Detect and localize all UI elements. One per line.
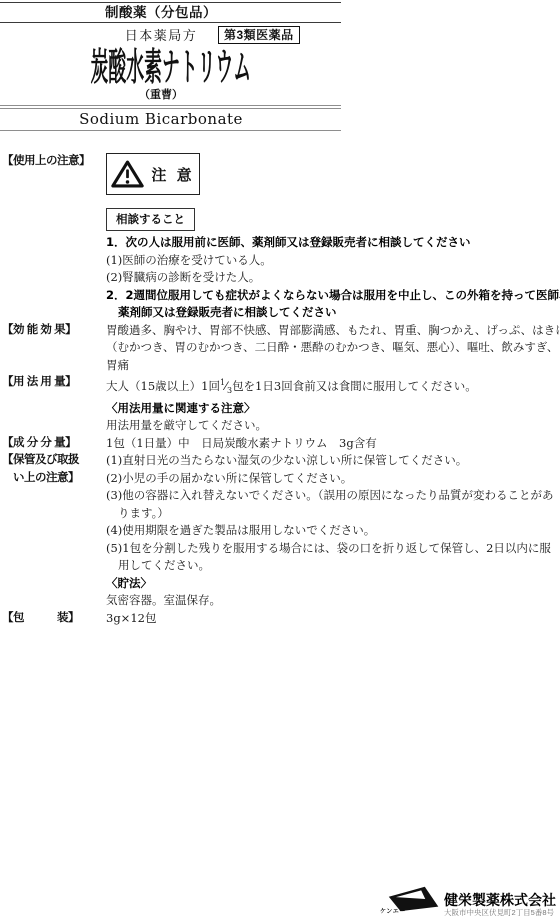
section-label: 【効 能 効 果】 (0, 322, 102, 340)
pharmacopoeia-row: 日本薬局方 第3類医薬品 (0, 23, 341, 47)
text-line: (1)医師の治療を受けている人。 (106, 252, 556, 270)
section-label: 【包 装】 (0, 610, 102, 628)
category-bar: 制酸薬（分包品） (0, 2, 341, 23)
section-label: 【保管及び取扱 い上の注意】 (0, 452, 102, 487)
section-usage-precautions: 【使用上の注意】 注 意 相談すること 1．次の人は服用前に医師、薬剤師又は登録… (0, 153, 556, 322)
consult-box: 相談すること (106, 208, 195, 231)
section-efficacy: 【効 能 効 果】 胃酸過多、胸やけ、胃部不快感、胃部膨満感、もたれ、胃重、胸つ… (0, 322, 556, 375)
text-line: 2．2週間位服用しても症状がよくならない場合は服用を中止し、この外箱を持って医師… (106, 287, 556, 305)
text-line: (3)他の容器に入れ替えないでください。（誤用の原因になったり品質が変わることが… (106, 487, 556, 505)
drug-classification-badge: 第3類医薬品 (218, 26, 300, 44)
dosage-line: 大人（15歳以上）1回1⁄3包を1日3回食前又は食間に服用してください。 (106, 374, 556, 400)
manufacturer-footer: ケンエー 健栄製薬株式会社 大阪市中央区伏見町2丁目5番8号 (379, 884, 558, 917)
text-line: 薬剤師又は登録販売者に相談してください (106, 304, 556, 322)
text-line: 1包（1日量）中 日局炭酸水素ナトリウム 3g含有 (106, 435, 556, 453)
package-label-page: 制酸薬（分包品） 日本薬局方 第3類医薬品 炭酸水素ナトリウム （重曹） Sod… (0, 0, 560, 919)
caution-label: 注 意 (151, 164, 194, 185)
product-title: 炭酸水素ナトリウム (0, 47, 322, 88)
caution-box: 注 意 (106, 153, 200, 195)
text-line: ります。） (106, 505, 556, 523)
text-line: （むかつき、胃のむかつき、二日酔・悪酔のむかつき、嘔気、悪心）、嘔吐、飲みすぎ、 (106, 339, 556, 357)
section-ingredients: 【成 分 分 量】 1包（1日量）中 日局炭酸水素ナトリウム 3g含有 (0, 435, 556, 453)
product-alias: （重曹） (0, 88, 322, 105)
company-address: 大阪市中央区伏見町2丁目5番8号 (444, 908, 558, 917)
category-label: 制酸薬（分包品） (0, 3, 322, 22)
company-logo: ケンエー (379, 884, 443, 917)
section-label: 【使用上の注意】 (0, 153, 102, 171)
text-line: (2)腎臓病の診断を受けた人。 (106, 269, 556, 287)
section-label: 【用 法 用 量】 (0, 374, 102, 392)
text-line: 〈用法用量に関連する注意〉 (106, 400, 556, 418)
text-line: 胃酸過多、胸やけ、胃部不快感、胃部膨満感、もたれ、胃重、胸つかえ、げっぷ、はきけ (106, 322, 556, 340)
text-line: (2)小児の手の届かない所に保管してください。 (106, 470, 556, 488)
english-product-name: Sodium Bicarbonate (0, 109, 322, 130)
text-line: (4)使用期限を過ぎた製品は服用しないでください。 (106, 522, 556, 540)
text-line: (5)1包を分割した残りを服用する場合には、袋の口を折り返して保管し、2日以内に… (106, 540, 556, 558)
company-name: 健栄製薬株式会社 (444, 892, 558, 908)
text-line: 用法用量を厳守してください。 (106, 417, 556, 435)
text-line: 用してください。 (106, 557, 556, 575)
text-line: 〈貯法〉 (106, 575, 556, 593)
section-label: 【成 分 分 量】 (0, 435, 102, 453)
label-content: 【使用上の注意】 注 意 相談すること 1．次の人は服用前に医師、薬剤師又は登録… (0, 153, 556, 627)
header: 制酸薬（分包品） 日本薬局方 第3類医薬品 炭酸水素ナトリウム （重曹） Sod… (0, 0, 341, 131)
text-line: (1)直射日光の当たらない湿気の少ない涼しい所に保管してください。 (106, 452, 556, 470)
text-line: 3g×12包 (106, 610, 556, 628)
text-line: 1．次の人は服用前に医師、薬剤師又は登録販売者に相談してください (106, 234, 556, 252)
text-line: 胃痛 (106, 357, 556, 375)
logo-caption: ケンエー (380, 906, 406, 915)
header-bottom-rule (0, 130, 341, 131)
section-dosage: 【用 法 用 量】 大人（15歳以上）1回1⁄3包を1日3回食前又は食間に服用し… (0, 374, 556, 435)
section-storage-handling: 【保管及び取扱 い上の注意】 (1)直射日光の当たらない湿気の少ない涼しい所に保… (0, 452, 556, 610)
text-line: 気密容器。室温保存。 (106, 592, 556, 610)
warning-triangle-icon (111, 159, 144, 189)
section-packaging: 【包 装】 3g×12包 (0, 610, 556, 628)
